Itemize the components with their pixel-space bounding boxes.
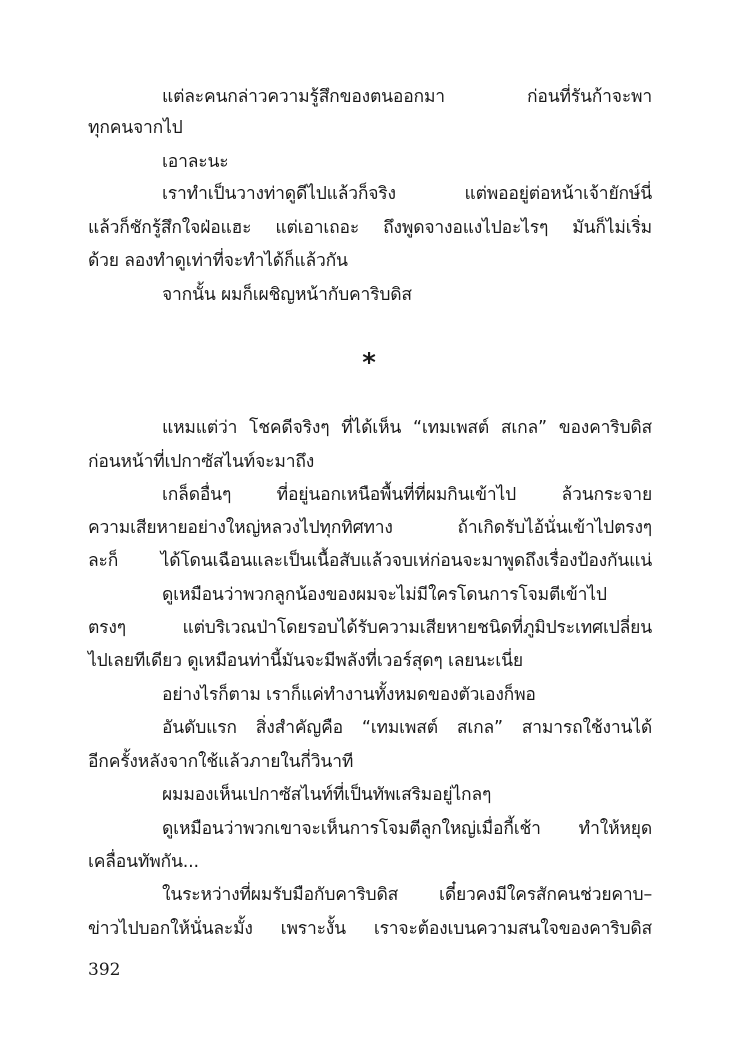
text-line: เกล็ดอื่นๆ ที่อยู่นอกเหนือพื้นที่ที่ผมกิ…: [162, 484, 652, 506]
text-line: เราทำเป็นวางท่าดูดีไปแล้วก็จริง แต่พออยู…: [162, 183, 652, 205]
page-number: 392: [88, 960, 120, 980]
text-line: ข่าวไปบอกให้นั่นละมั้ง เพราะงั้น เราจะต้…: [88, 918, 652, 940]
text-line: ผมมองเห็นเปกาซัสไนท์ที่เป็นทัพเสริมอยู่ไ…: [162, 784, 652, 806]
text-line: ดูเหมือนว่าพวกเขาจะเห็นการโจมตีลูกใหญ่เม…: [162, 818, 652, 840]
text-line: ก่อนหน้าที่เปกาซัสไนท์จะมาถึง: [88, 451, 652, 473]
scene-break-asterisk: *: [0, 348, 738, 378]
book-page: แต่ละคนกล่าวความรู้สึกของตนออกมา ก่อนที่…: [0, 0, 738, 1051]
text-line: อีกครั้งหลังจากใช้แล้วภายในกี่วินาที: [88, 751, 652, 773]
text-line: ไปเลยทีเดียว ดูเหมือนท่านี้มันจะมีพลังที…: [88, 650, 652, 672]
text-line: ด้วย ลองทำดูเท่าที่จะทำได้ก็แล้วกัน: [88, 250, 652, 272]
text-line: เอาละนะ: [162, 151, 652, 173]
text-line: เคลื่อนทัพกัน...: [88, 851, 652, 873]
text-line: ดูเหมือนว่าพวกลูกน้องของผมจะไม่มีใครโดนก…: [162, 584, 652, 606]
text-line: ทุกคนจากไป: [88, 117, 652, 139]
text-line: อย่างไรก็ตาม เราก็แค่ทำงานทั้งหมดของตัวเ…: [162, 684, 652, 706]
text-line: ความเสียหายอย่างใหญ่หลวงไปทุกทิศทาง ถ้าเ…: [88, 517, 652, 539]
text-line: อันดับแรก สิ่งสำคัญคือ “เทมเพสต์ สเกล” ส…: [162, 717, 652, 739]
text-line: ละก็ ได้โดนเฉือนและเป็นเนื้อสับแล้วจบเห่…: [88, 550, 652, 572]
text-line: แล้วก็ชักรู้สึกใจฝ่อแฮะ แต่เอาเถอะ ถึงพู…: [88, 217, 652, 239]
text-line: จากนั้น ผมก็เผชิญหน้ากับคาริบดิส: [162, 284, 652, 306]
text-line: แหมแต่ว่า โชคดีจริงๆ ที่ได้เห็น “เทมเพสต…: [162, 417, 652, 439]
text-line: แต่ละคนกล่าวความรู้สึกของตนออกมา ก่อนที่…: [162, 86, 652, 108]
text-line: ในระหว่างที่ผมรับมือกับคาริบดิส เดี๋ยวคง…: [162, 884, 652, 906]
text-line: ตรงๆ แต่บริเวณป่าโดยรอบได้รับความเสียหาย…: [88, 617, 652, 639]
